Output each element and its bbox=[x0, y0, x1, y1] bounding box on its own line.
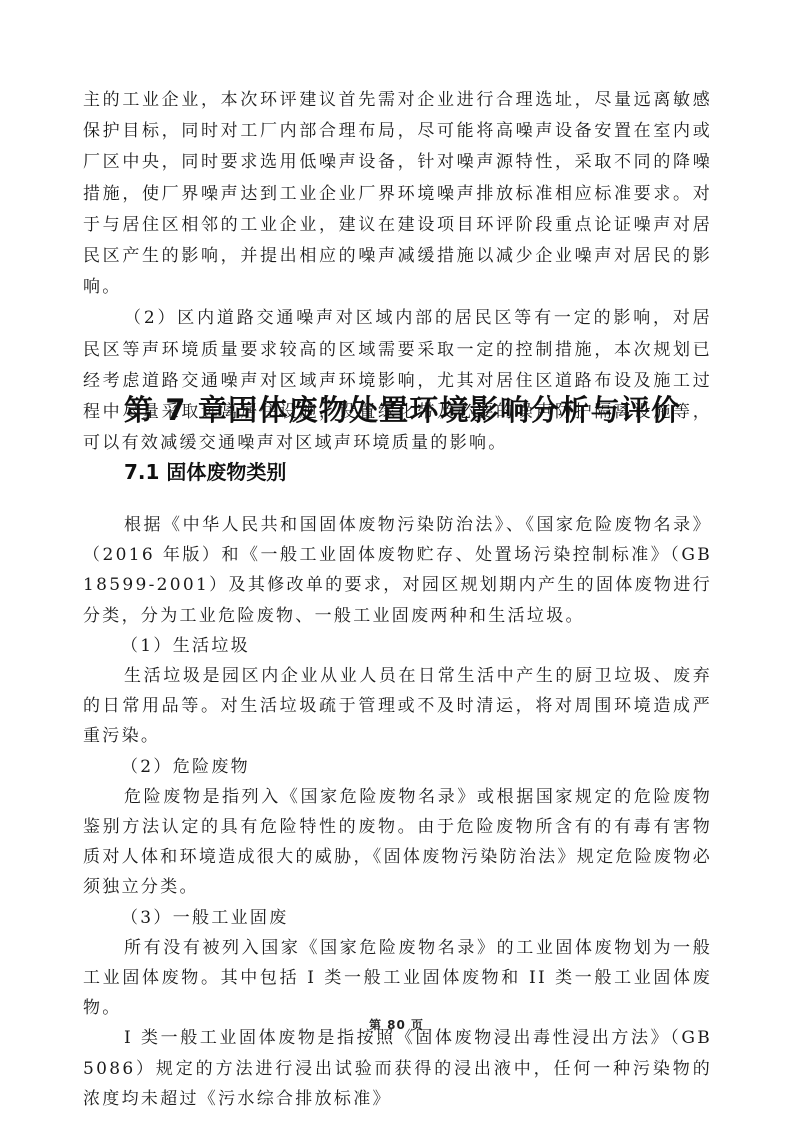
section-intro-paragraph: 根据《中华人民共和国固体废物污染防治法》、《国家危险废物名录》（2016 年版）… bbox=[83, 510, 712, 631]
item-body-general-industrial-waste: 所有没有被列入国家《国家危险废物名录》的工业固体废物划为一般工业固体废物。其中包… bbox=[83, 933, 712, 1024]
chapter-title: 第 7 章固体废物处置环境影响分析与评价 bbox=[0, 388, 793, 429]
item-heading-general-industrial-waste: （3）一般工业固废 bbox=[83, 903, 712, 933]
item-body-hazardous-waste: 危险废物是指列入《国家危险废物名录》或根据国家规定的危险废物鉴别方法认定的具有危… bbox=[83, 782, 712, 903]
item-heading-domestic-waste: （1）生活垃圾 bbox=[83, 631, 712, 661]
page-number: 第 80 页 bbox=[0, 1016, 793, 1033]
section-title: 7.1 固体废物类别 bbox=[124, 456, 286, 485]
document-page: 主的工业企业，本次环评建议首先需对企业进行合理选址，尽量远离敏感保护目标，同时对… bbox=[0, 0, 793, 1122]
body-paragraph-noise-traffic: （2）区内道路交通噪声对区域内部的居民区等有一定的影响，对居民区等声环境质量要求… bbox=[83, 303, 712, 459]
item-detail-class-i-waste: I 类一般工业固体废物是指按照《固体废物浸出毒性浸出方法》（GB5086）规定的… bbox=[83, 1023, 712, 1114]
body-paragraph-noise-industrial: 主的工业企业，本次环评建议首先需对企业进行合理选址，尽量远离敏感保护目标，同时对… bbox=[83, 85, 712, 303]
item-heading-hazardous-waste: （2）危险废物 bbox=[83, 752, 712, 782]
item-body-domestic-waste: 生活垃圾是园区内企业从业人员在日常生活中产生的厨卫垃圾、废弃的日常用品等。对生活… bbox=[83, 661, 712, 752]
